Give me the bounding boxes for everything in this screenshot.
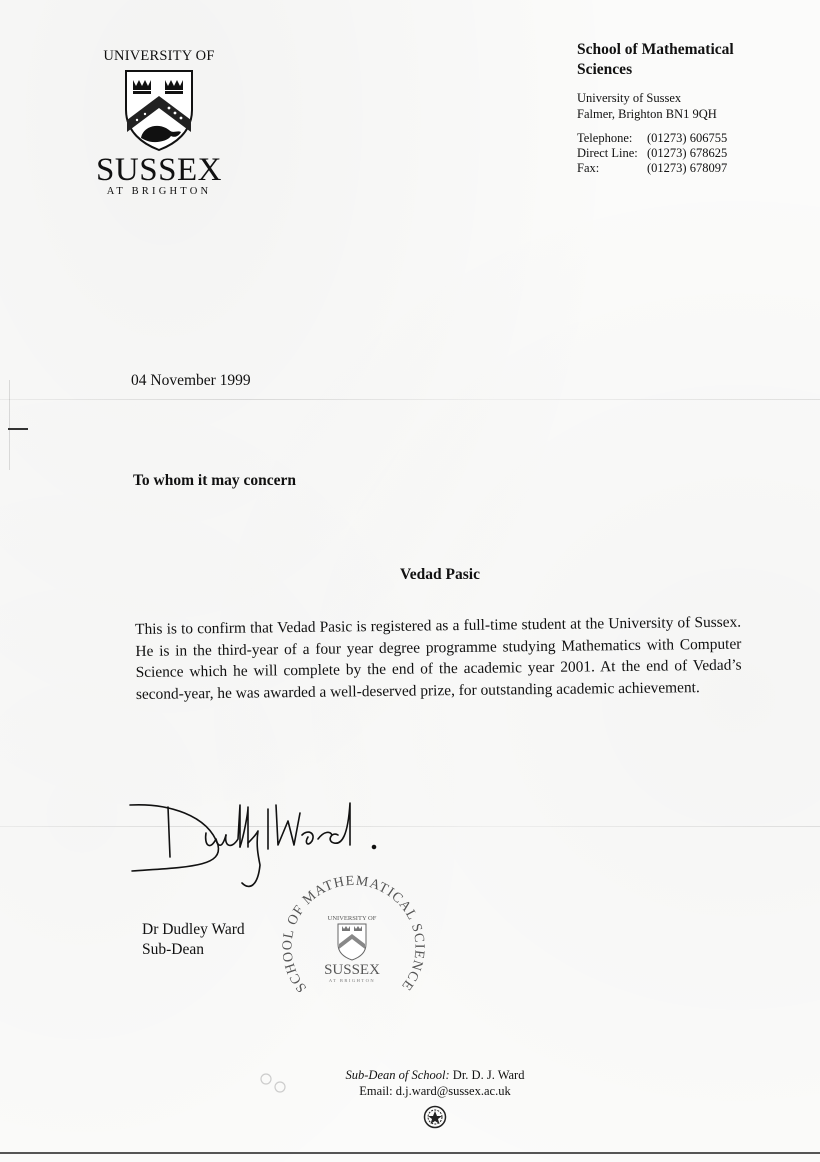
signer-block: Dr Dudley Ward Sub-Dean <box>142 920 245 960</box>
footer-role-line: Sub-Dean of School: Dr. D. J. Ward <box>300 1067 570 1083</box>
footer-role-name: Dr. D. J. Ward <box>453 1068 525 1082</box>
stamp-inner-main: SUSSEX <box>324 962 380 978</box>
footer-email-line: Email: d.j.ward@sussex.ac.uk <box>300 1083 570 1099</box>
school-name-line2: Sciences <box>577 60 807 80</box>
footer-email[interactable]: d.j.ward@sussex.ac.uk <box>396 1084 511 1098</box>
university-logo: UNIVERSITY OF SUSSEX AT BRIGHTON <box>96 48 222 198</box>
stamp-inner-sub: AT BRIGHTON <box>329 978 375 983</box>
letter-footer: Sub-Dean of School: Dr. D. J. Ward Email… <box>300 1067 570 1099</box>
school-name-line1: School of Mathematical <box>577 40 807 60</box>
school-letterhead: School of Mathematical Sciences Universi… <box>577 40 807 176</box>
punch-hole-marks <box>258 1072 298 1096</box>
paper-fold-line <box>0 399 820 400</box>
footer-role-label: Sub-Dean of School: <box>346 1068 450 1082</box>
contact-fax: Fax: (01273) 678097 <box>577 161 807 176</box>
stamp-inner-top: UNIVERSITY OF <box>328 915 377 922</box>
contact-direct-line: Direct Line: (01273) 678625 <box>577 146 807 161</box>
seal-emblem-icon <box>423 1105 447 1129</box>
contact-label: Fax: <box>577 161 647 176</box>
contact-value: (01273) 606755 <box>647 131 727 146</box>
footer-email-label: Email: <box>359 1084 392 1098</box>
address-line-1: University of Sussex <box>577 90 807 106</box>
contact-telephone: Telephone: (01273) 606755 <box>577 131 807 146</box>
paper-fold-line <box>0 826 820 827</box>
letter-salutation: To whom it may concern <box>133 472 296 490</box>
logo-top-text: UNIVERSITY OF <box>96 48 222 64</box>
contact-value: (01273) 678625 <box>647 146 727 161</box>
school-stamp: SCHOOL OF MATHEMATICAL SCIENCES UNIVERSI… <box>272 870 432 1010</box>
contact-label: Direct Line: <box>577 146 647 161</box>
letter-date: 04 November 1999 <box>131 372 251 390</box>
logo-sub-text: AT BRIGHTON <box>96 186 222 198</box>
margin-mark <box>8 428 28 430</box>
page-bottom-edge <box>0 1152 820 1154</box>
margin-line <box>9 380 10 470</box>
signer-title: Sub-Dean <box>142 940 245 960</box>
school-address: University of Sussex Falmer, Brighton BN… <box>577 90 807 122</box>
contact-label: Telephone: <box>577 131 647 146</box>
letter-body: This is to confirm that Vedad Pasic is r… <box>135 612 742 705</box>
contact-list: Telephone: (01273) 606755 Direct Line: (… <box>577 131 807 176</box>
address-line-2: Falmer, Brighton BN1 9QH <box>577 106 807 122</box>
letter-subject: Vedad Pasic <box>0 566 820 584</box>
signer-name: Dr Dudley Ward <box>142 920 245 940</box>
logo-main-text: SUSSEX <box>96 154 222 186</box>
contact-value: (01273) 678097 <box>647 161 727 176</box>
university-crest-icon <box>123 68 195 152</box>
